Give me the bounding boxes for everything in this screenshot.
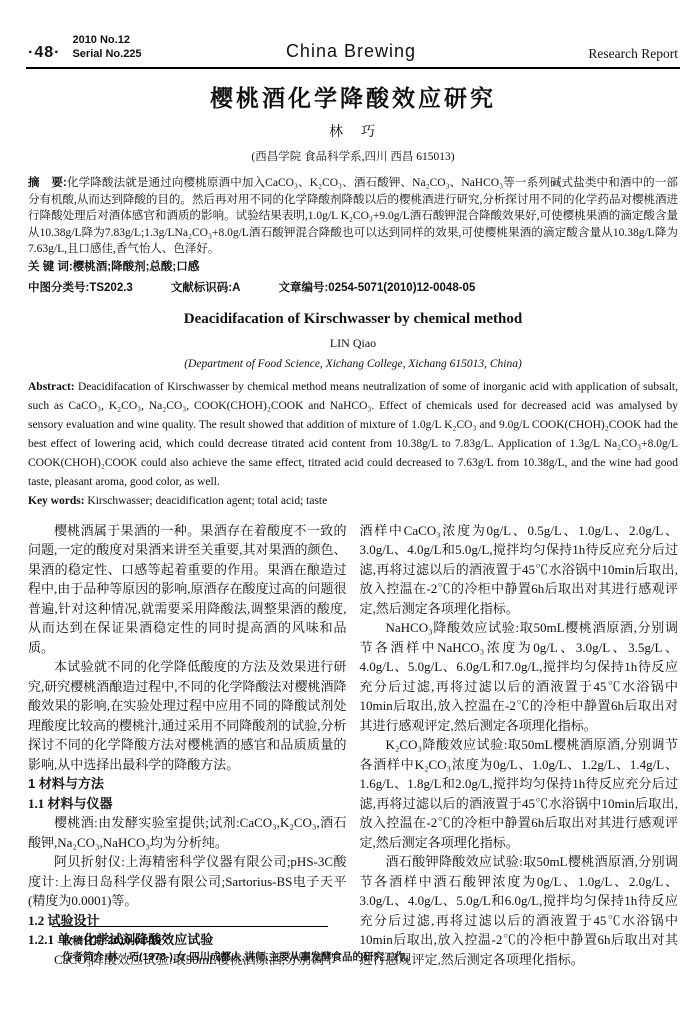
right-paragraph-k2co3: K₂CO₃降酸效应试验:取50mL樱桃酒原酒,分别调节各酒样中K₂CO₃浓度为0… — [360, 735, 679, 852]
author-zh: 林 巧 — [26, 121, 680, 141]
clc-number: 中图分类号:TS202.3 — [28, 280, 133, 297]
author-en: LIN Qiao — [26, 336, 680, 351]
article-id: 文章编号:0254-5071(2010)12-0048-05 — [278, 280, 475, 297]
page-number: ·48· — [28, 45, 60, 61]
heading-materials-instruments: 1.1 材料与仪器 — [28, 794, 347, 814]
document-code: 文献标识码:A — [171, 280, 241, 297]
journal-header: ·48· 2010 No.12 Serial No.225 China Brew… — [26, 0, 680, 69]
section-label: Research Report — [588, 46, 678, 61]
keywords-text-zh: 樱桃酒;降酸剂;总酸;口感 — [73, 261, 200, 273]
abstract-en: Abstract: Deacidifacation of Kirschwasse… — [28, 378, 678, 492]
abstract-label-en: Abstract: — [28, 381, 75, 393]
journal-issue-line2: Serial No.225 — [72, 48, 141, 60]
right-paragraph-caco3-cont: 酒样中CaCO₃浓度为0g/L、0.5g/L、1.0g/L、2.0g/L、3.0… — [360, 521, 679, 619]
left-paragraph-reagents: 樱桃酒:由发酵实验室提供;试剂:CaCO₃,K₂CO₃,酒石酸钾,Na₂CO₃,… — [28, 813, 347, 852]
footnote-author-bio: 作者简介:林 巧(1978-),女,四川成都人,讲师,主要从事发酵食品的研究工作… — [52, 949, 672, 965]
footnote-received-date: 收稿日期:2010-01-19 — [52, 933, 672, 949]
journal-issue: 2010 No.12 Serial No.225 — [72, 34, 141, 61]
right-column: 酒样中CaCO₃浓度为0g/L、0.5g/L、1.0g/L、2.0g/L、3.0… — [360, 521, 679, 970]
journal-header-left: ·48· 2010 No.12 Serial No.225 — [28, 34, 142, 61]
footnote: 收稿日期:2010-01-19 作者简介:林 巧(1978-),女,四川成都人,… — [52, 926, 672, 965]
affiliation-en: (Department of Food Science, Xichang Col… — [26, 358, 680, 370]
article-title-en: Deacidifacation of Kirschwasser by chemi… — [26, 311, 680, 328]
journal-issue-line1: 2010 No.12 — [72, 34, 129, 46]
journal-name: China Brewing — [286, 41, 416, 61]
article-title-zh: 樱桃酒化学降酸效应研究 — [26, 84, 680, 112]
keywords-label-zh: 关 键 词: — [28, 261, 73, 273]
abstract-text-en: Deacidifacation of Kirschwasser by chemi… — [28, 381, 678, 488]
heading-materials-methods: 1 材料与方法 — [28, 774, 347, 794]
abstract-text-zh: 化学降酸法就是通过向樱桃原酒中加入CaCO₃、K₂CO₃、酒石酸钾、Na₂CO₃… — [28, 177, 678, 255]
affiliation-zh: (西昌学院 食品科学系,四川 西昌 615013) — [26, 148, 680, 164]
paper-page: ·48· 2010 No.12 Serial No.225 China Brew… — [0, 0, 700, 1023]
footnote-rule — [52, 926, 328, 927]
keywords-label-en: Key words: — [28, 495, 85, 507]
keywords-en: Key words: Kirschwasser; deacidification… — [28, 492, 678, 511]
abstract-label-zh: 摘 要: — [28, 177, 67, 189]
keywords-zh: 关 键 词:樱桃酒;降酸剂;总酸;口感 — [28, 259, 678, 276]
left-paragraph-objective: 本试验就不同的化学降低酸度的方法及效果进行研究,研究樱桃酒酿造过程中,不同的化学… — [28, 657, 347, 774]
keywords-text-en: Kirschwasser; deacidification agent; tot… — [87, 495, 327, 507]
abstract-zh: 摘 要:化学降酸法就是通过向樱桃原酒中加入CaCO₃、K₂CO₃、酒石酸钾、Na… — [28, 175, 678, 258]
left-column: 樱桃酒属于果酒的一种。果酒存在着酸度不一致的问题,一定的酸度对果酒来讲至关重要,… — [28, 521, 347, 970]
left-paragraph-intro: 樱桃酒属于果酒的一种。果酒存在着酸度不一致的问题,一定的酸度对果酒来讲至关重要,… — [28, 521, 347, 658]
classification-line: 中图分类号:TS202.3 文献标识码:A 文章编号:0254-5071(201… — [28, 280, 678, 297]
right-paragraph-nahco3: NaHCO₃降酸效应试验:取50mL樱桃酒原酒,分别调节各酒样中NaHCO₃浓度… — [360, 618, 679, 735]
body-columns: 樱桃酒属于果酒的一种。果酒存在着酸度不一致的问题,一定的酸度对果酒来讲至关重要,… — [28, 521, 678, 970]
left-paragraph-instruments: 阿贝折射仪:上海精密科学仪器有限公司;pHS-3C酸度计:上海日岛科学仪器有限公… — [28, 852, 347, 911]
